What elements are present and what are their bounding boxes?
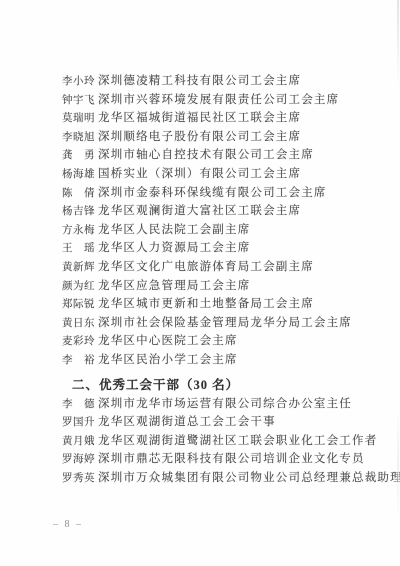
awardee-name: 李晓旭	[62, 129, 94, 148]
awardee-title: 深圳德凌精工科技有限公司工会主席	[98, 72, 301, 91]
awardee-name: 方永梅	[62, 222, 94, 241]
awardee-row: 李 裕龙华区民治小学工会主席	[62, 351, 386, 370]
awardee-name: 麦彩玲	[62, 333, 94, 352]
awardee-row: 杨海雄国桥实业（深圳）有限公司工会主席	[62, 165, 386, 184]
awardee-title: 龙华区人民法院工会副主席	[98, 221, 250, 240]
awardee-title: 深圳市社会保险基金管理局龙华分局工会主席	[98, 314, 352, 333]
awardee-row: 罗海婷深圳市鼎芯无限科技有限公司培训企业文化专员	[62, 450, 386, 469]
awardee-row: 罗国升龙华区观湖街道总工会工会干事	[62, 413, 386, 432]
awardee-name: 钟宇飞	[62, 92, 94, 111]
awardee-name: 黄月娥	[62, 433, 94, 452]
awardee-lists: 李小玲深圳德凌精工科技有限公司工会主席钟宇飞深圳市兴蓉环境发展有限责任公司工会主…	[62, 72, 386, 487]
awardee-name: 罗秀英	[62, 470, 94, 489]
awardee-title: 龙华区福城街道福民社区工联会主席	[98, 109, 301, 128]
awardee-row: 莫瑞明龙华区福城街道福民社区工联会主席	[62, 109, 386, 128]
awardee-row: 黄月娥龙华区观湖街道鹭湖社区工联会职业化工会工作者	[62, 432, 386, 451]
awardee-title: 龙华区文化广电旅游体育局工会副主席	[98, 258, 314, 277]
awardee-row: 李小玲深圳德凌精工科技有限公司工会主席	[62, 72, 386, 91]
awardee-name: 杨海雄	[62, 166, 94, 185]
awardee-row: 王 瑶龙华区人力资源局工会主席	[62, 239, 386, 258]
awardee-name: 王 瑶	[62, 240, 94, 259]
awardee-title: 龙华区城市更新和土地整备局工会主席	[98, 295, 314, 314]
awardee-row: 颜为红龙华区应急管理局工会主席	[62, 277, 386, 296]
awardee-title: 深圳顺络电子股份有限公司工会主席	[98, 128, 301, 147]
awardee-title: 龙华区观澜街道大富社区工联会主席	[98, 202, 301, 221]
awardee-row: 杨吉锋龙华区观澜街道大富社区工联会主席	[62, 202, 386, 221]
awardee-name: 陈 倩	[62, 185, 94, 204]
awardee-row: 郑际锐龙华区城市更新和土地整备局工会主席	[62, 295, 386, 314]
document-page: 李小玲深圳德凌精工科技有限公司工会主席钟宇飞深圳市兴蓉环境发展有限责任公司工会主…	[0, 0, 400, 566]
awardee-title: 国桥实业（深圳）有限公司工会主席	[98, 165, 301, 184]
awardee-name: 李小玲	[62, 73, 94, 92]
awardee-title: 深圳市轴心自控技术有限公司工会主席	[98, 146, 314, 165]
awardee-title: 深圳市金泰科环保线缆有限公司工会主席	[98, 184, 327, 203]
awardee-row: 李 德深圳市龙华市场运营有限公司综合办公室主任	[62, 395, 386, 414]
chairpersons-list: 李小玲深圳德凌精工科技有限公司工会主席钟宇飞深圳市兴蓉环境发展有限责任公司工会主…	[62, 72, 386, 370]
awardee-name: 龚 勇	[62, 147, 94, 166]
awardee-name: 莫瑞明	[62, 110, 94, 129]
awardee-name: 罗海婷	[62, 451, 94, 470]
awardee-row: 黄日东深圳市社会保险基金管理局龙华分局工会主席	[62, 314, 386, 333]
awardee-row: 罗秀英深圳市万众城集团有限公司物业公司总经理兼总裁助理	[62, 469, 386, 488]
awardee-title: 龙华区观湖街道鹭湖社区工联会职业化工会工作者	[98, 432, 377, 451]
awardee-name: 郑际锐	[62, 296, 94, 315]
awardee-title: 深圳市龙华市场运营有限公司综合办公室主任	[98, 395, 352, 414]
cadres-list: 李 德深圳市龙华市场运营有限公司综合办公室主任罗国升龙华区观湖街道总工会工会干事…	[62, 395, 386, 488]
awardee-name: 李 德	[62, 396, 94, 415]
awardee-row: 黄新辉龙华区文化广电旅游体育局工会副主席	[62, 258, 386, 277]
awardee-row: 龚 勇深圳市轴心自控技术有限公司工会主席	[62, 146, 386, 165]
awardee-title: 龙华区中心医院工会主席	[98, 332, 238, 351]
awardee-row: 麦彩玲龙华区中心医院工会主席	[62, 332, 386, 351]
awardee-name: 黄日东	[62, 315, 94, 334]
awardee-title: 深圳市万众城集团有限公司物业公司总经理兼总裁助理	[98, 469, 400, 488]
awardee-title: 龙华区民治小学工会主席	[98, 351, 238, 370]
awardee-name: 李 裕	[62, 352, 94, 371]
awardee-row: 陈 倩深圳市金泰科环保线缆有限公司工会主席	[62, 184, 386, 203]
awardee-row: 方永梅龙华区人民法院工会副主席	[62, 221, 386, 240]
awardee-name: 颜为红	[62, 278, 94, 297]
page-number: – 8 –	[53, 519, 83, 530]
awardee-name: 罗国升	[62, 414, 94, 433]
awardee-title: 龙华区人力资源局工会主席	[98, 239, 250, 258]
awardee-name: 黄新辉	[62, 259, 94, 278]
awardee-row: 钟宇飞深圳市兴蓉环境发展有限责任公司工会主席	[62, 91, 386, 110]
awardee-title: 深圳市兴蓉环境发展有限责任公司工会主席	[98, 91, 339, 110]
awardee-title: 深圳市鼎芯无限科技有限公司培训企业文化专员	[98, 450, 365, 469]
awardee-row: 李晓旭深圳顺络电子股份有限公司工会主席	[62, 128, 386, 147]
awardee-title: 龙华区观湖街道总工会工会干事	[98, 413, 276, 432]
section-heading: 二、优秀工会干部（30 名）	[72, 376, 386, 395]
scan-edge-artifact	[397, 0, 399, 566]
awardee-name: 杨吉锋	[62, 203, 94, 222]
awardee-title: 龙华区应急管理局工会主席	[98, 277, 250, 296]
